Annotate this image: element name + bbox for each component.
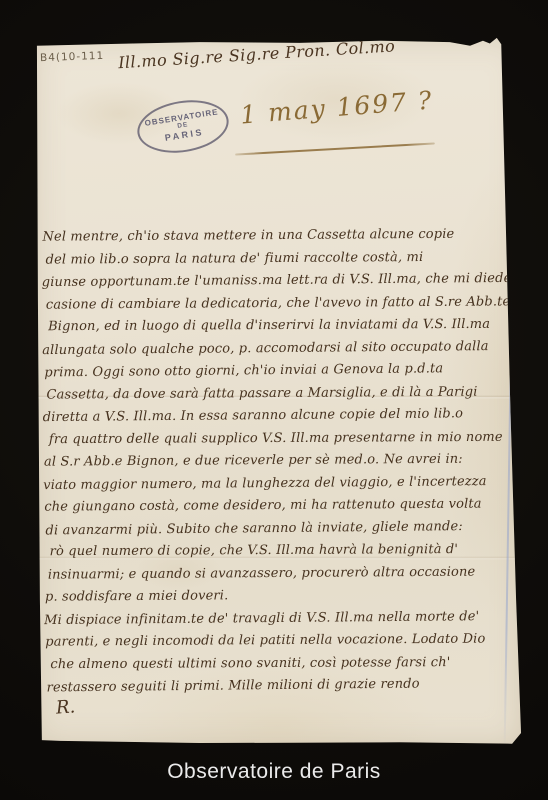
letter-paper: B4(10-111 Ill.mo Sig.re Sig.re Pron. Col… bbox=[30, 35, 525, 748]
manuscript-line: p. soddisfare a miei doveri. bbox=[45, 583, 513, 609]
archival-shelfmark: B4(10-111 bbox=[40, 50, 105, 64]
stamp-line-3: PARIS bbox=[164, 127, 204, 143]
observatory-oval-stamp: OBSERVATOIRE DE PARIS bbox=[134, 94, 233, 159]
manuscript-line: Nel mentre, ch'io stava mettere in una C… bbox=[42, 223, 510, 249]
manuscript-line: che giungano costà, come desidero, mi ha… bbox=[44, 493, 512, 519]
manuscript-line: diretta a V.S. Ill.ma. In essa saranno a… bbox=[43, 403, 511, 430]
manuscript-line: Bignon, ed in luogo di quella d'inserirv… bbox=[48, 314, 516, 339]
manuscript-line: casione di cambiare la dedicatoria, che … bbox=[46, 291, 514, 317]
response-mark: R. bbox=[55, 696, 76, 718]
manuscript-line: insinuarmi; e quando si avanzassero, pro… bbox=[48, 561, 516, 587]
date-annotation: 1 may 1697 ? bbox=[239, 85, 434, 129]
date-underline bbox=[235, 142, 435, 155]
photo-caption: Observatoire de Paris bbox=[0, 760, 548, 784]
manuscript-line: al S.r Abb.e Bignon, e due riceverle per… bbox=[44, 448, 512, 474]
manuscript-line: parenti, e negli incomodi da lei patiti … bbox=[45, 628, 513, 654]
manuscript-line: Mi dispiace infinitam.te de' travagli di… bbox=[44, 605, 512, 632]
letter-salutation: Ill.mo Sig.re Sig.re Pron. Col.mo bbox=[118, 37, 389, 72]
manuscript-line: restassero seguiti li primi. Mille milio… bbox=[46, 673, 514, 700]
manuscript-line: rò quel numero di copie, che V.S. Ill.ma… bbox=[50, 539, 518, 564]
manuscript-line: viato maggior numero, ma la lunghezza de… bbox=[43, 470, 511, 497]
manuscript-line: fra quattro delle quali supplico V.S. Il… bbox=[49, 426, 517, 451]
letter-body: Nel mentre, ch'io stava mettere in una C… bbox=[42, 223, 513, 699]
